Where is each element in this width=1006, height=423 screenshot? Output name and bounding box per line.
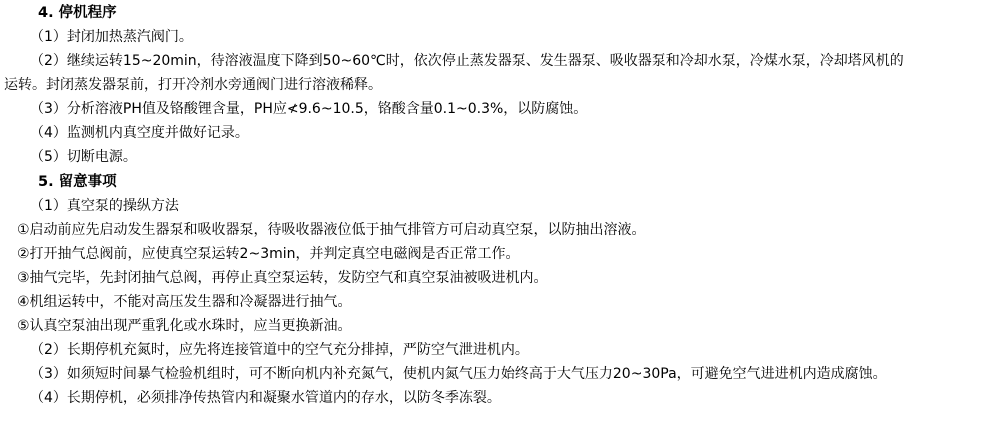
paragraph-line: （2）长期停机充氮时，应先将连接管道中的空气充分排掉，严防空气泄进机内。 bbox=[30, 338, 529, 362]
section-heading: 4. 停机程序 bbox=[38, 1, 117, 25]
paragraph-line: 运转。封闭蒸发器泵前，打开冷剂水旁通阀门进行溶液稀释。 bbox=[4, 73, 382, 97]
paragraph-line: （2）继续运转15~20min，待溶液温度下降到50~60℃时，依次停止蒸发器泵… bbox=[30, 49, 904, 73]
paragraph-line: （3）分析溶液PH值及铬酸锂含量，PH应≮9.6~10.5，铬酸含量0.1~0.… bbox=[30, 97, 587, 121]
document-body: 4. 停机程序（1）封闭加热蒸汽阀门。（2）继续运转15~20min，待溶液温度… bbox=[0, 0, 1006, 423]
paragraph-line: ①启动前应先启动发生器泵和吸收器泵，待吸收器液位低于抽气排管方可启动真空泵，以防… bbox=[17, 218, 646, 242]
paragraph-line: （1）真空泵的操纵方法 bbox=[30, 194, 179, 218]
paragraph-line: （5）切断电源。 bbox=[30, 145, 137, 169]
section-heading: 5. 留意事项 bbox=[38, 170, 117, 194]
paragraph-line: （3）如须短时间暴气检验机组时，可不断向机内补充氮气，使机内氮气压力始终高于大气… bbox=[30, 362, 887, 386]
paragraph-line: （4）长期停机，必须排净传热管内和凝聚水管道内的存水，以防冬季冻裂。 bbox=[30, 386, 501, 410]
paragraph-line: ⑤认真空泵油出现严重乳化或水珠时，应当更换新油。 bbox=[17, 314, 352, 338]
paragraph-line: （1）封闭加热蒸汽阀门。 bbox=[30, 25, 193, 49]
paragraph-line: （4）监测机内真空度并做好记录。 bbox=[30, 121, 249, 145]
paragraph-line: ③抽气完毕，先封闭抽气总阀，再停止真空泵运转，发防空气和真空泵油被吸进机内。 bbox=[17, 266, 548, 290]
paragraph-line: ②打开抽气总阀前，应使真空泵运转2~3min，并判定真空电磁阀是否正常工作。 bbox=[17, 242, 520, 266]
paragraph-line: ④机组运转中，不能对高压发生器和冷凝器进行抽气。 bbox=[17, 290, 352, 314]
